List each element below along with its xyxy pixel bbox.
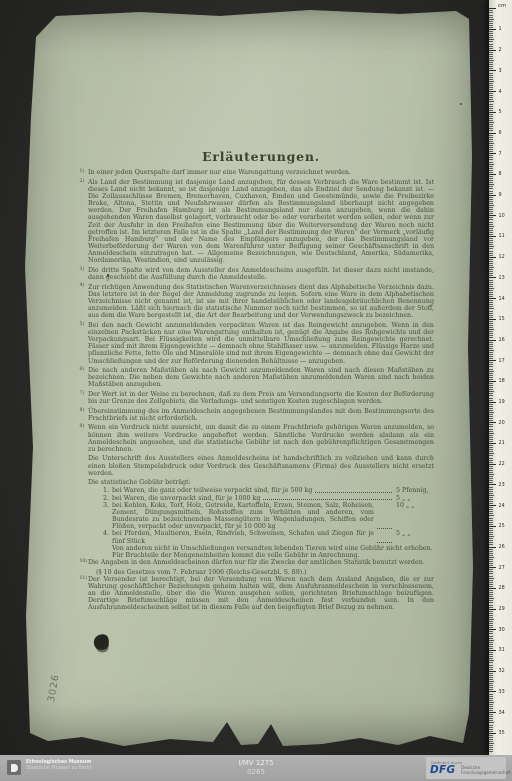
ruler-tick [489, 665, 493, 666]
ruler-number: 25 [499, 523, 505, 529]
ruler-tick [489, 458, 493, 459]
footnote-marker: 2) [80, 178, 85, 185]
ruler-tick [489, 652, 493, 653]
ruler-tick [489, 650, 496, 651]
footnote-marker: 1) [80, 168, 85, 175]
ruler-tick [489, 493, 493, 494]
ruler-number: 31 [499, 647, 505, 653]
ruler-tick [489, 29, 496, 30]
ruler-tick [489, 590, 493, 591]
ruler-tick [489, 580, 493, 581]
ruler-tick [489, 153, 496, 154]
ruler-tick [489, 340, 496, 341]
ruler-tick [489, 292, 493, 293]
footnote-marker: 11) [80, 575, 88, 582]
ruler-tick [489, 549, 493, 550]
ruler-tick [489, 532, 493, 533]
ruler-tick [489, 75, 493, 76]
ruler-tick [489, 101, 494, 102]
ruler-tick [489, 147, 493, 148]
ruler-tick [489, 424, 493, 425]
ruler-tick [489, 520, 493, 521]
ruler-number: 35 [499, 730, 505, 736]
ruler-tick [489, 222, 493, 223]
fee-item: 3.bei Kohlen, Koks, Torf, Holz, Getreide… [98, 502, 434, 531]
paragraph-text: Die Angaben in den Anmeldescheinen dürfe… [88, 559, 425, 566]
ruler-tick [489, 271, 493, 272]
ruler-tick [489, 213, 493, 214]
ruler-tick [489, 54, 493, 55]
ruler-tick [489, 633, 493, 634]
ruler-tick [489, 602, 493, 603]
ruler-tick [489, 286, 493, 287]
ruler-tick [489, 513, 493, 514]
fee-item-number: 3. [98, 502, 112, 531]
fee-item-label: bei Pferden, Maultieren, Eseln, Rindvieh… [112, 530, 374, 544]
ruler-tick [489, 644, 493, 645]
ruler-tick [489, 137, 493, 138]
ruler-tick [489, 722, 494, 723]
footnote-marker: 10) [80, 558, 88, 565]
ruler-tick [489, 203, 493, 204]
ruler-tick [489, 323, 493, 324]
ruler-tick [489, 623, 493, 624]
ruler-tick [489, 10, 493, 11]
ruler-tick [489, 73, 493, 74]
ruler-tick [489, 124, 493, 125]
ruler-tick [489, 383, 493, 384]
ruler-tick [489, 327, 493, 328]
ruler-tick [489, 44, 493, 45]
ruler-number: 8 [499, 171, 502, 177]
ruler-tick [489, 17, 493, 18]
ruler-tick [489, 747, 493, 748]
ruler-tick [489, 478, 493, 479]
ruler-tick [489, 582, 493, 583]
footnote-marker: 5) [80, 321, 85, 328]
ruler-tick [489, 135, 493, 136]
ruler-tick [489, 640, 494, 641]
ruler-tick [489, 215, 496, 216]
ruler-tick [489, 751, 493, 752]
ruler-tick [489, 48, 493, 49]
ruler-number: 16 [499, 337, 505, 343]
ruler-tick [489, 480, 493, 481]
paragraph: 8)Übereinstimmung des im Anmeldeschein a… [88, 408, 434, 422]
ruler-tick [489, 476, 493, 477]
ruler-number: 15 [499, 316, 505, 322]
ruler-tick [489, 21, 493, 22]
ruler: cm 1234567891011121314151617181920212223… [489, 0, 512, 755]
ruler-tick [489, 408, 493, 409]
ruler-tick [489, 360, 496, 361]
ruler-tick [489, 501, 493, 502]
ruler-tick [489, 37, 493, 38]
ruler-tick [489, 31, 493, 32]
ruler-tick [489, 426, 493, 427]
ruler-number: 23 [499, 482, 505, 488]
ruler-tick [489, 536, 494, 537]
ruler-tick [489, 230, 493, 231]
ruler-tick [489, 118, 493, 119]
ruler-tick [489, 157, 493, 158]
ruler-tick [489, 487, 493, 488]
ruler-tick [489, 455, 493, 456]
ruler-number: 18 [499, 378, 505, 384]
ruler-tick [489, 172, 493, 173]
ruler-tick [489, 389, 493, 390]
ruler-tick [489, 348, 493, 349]
ruler-tick [489, 85, 493, 86]
ruler-tick [489, 315, 493, 316]
ruler-tick [489, 489, 493, 490]
paragraph: 5)Bei den nach Gewicht anzumeldenden ver… [88, 322, 434, 365]
ruler-tick [489, 706, 493, 707]
ruler-tick [489, 625, 493, 626]
ruler-tick [489, 416, 493, 417]
ruler-tick [489, 443, 496, 444]
ruler-tick [489, 112, 496, 113]
paragraph-text: In einer jeden Querspalte darf immer nur… [88, 169, 351, 176]
ruler-tick [489, 91, 496, 92]
ruler-number: 10 [499, 213, 505, 219]
ruler-number: 28 [499, 585, 505, 591]
ruler-tick [489, 497, 493, 498]
paragraph-text: Zur richtigen Anwendung des Statistische… [88, 284, 434, 320]
ruler-tick [489, 358, 493, 359]
ruler-tick [489, 733, 496, 734]
ruler-tick [489, 495, 494, 496]
ruler-tick [489, 671, 496, 672]
ruler-tick [489, 104, 493, 105]
ruler-tick [489, 60, 494, 61]
ruler-tick [489, 275, 493, 276]
ruler-tick [489, 727, 493, 728]
paper-speck [107, 274, 109, 277]
ruler-tick [489, 56, 493, 57]
ruler-tick [489, 106, 493, 107]
fee-item-label: bei Waren, die ganz oder teilweise verpa… [112, 487, 312, 494]
dfg-logo: DFG [430, 764, 455, 776]
ruler-tick [489, 739, 493, 740]
ruler-tick [489, 201, 493, 202]
footnote-marker: 9) [80, 423, 85, 430]
ruler-tick [489, 325, 493, 326]
ruler-number: 26 [499, 544, 505, 550]
ruler-tick [489, 474, 494, 475]
ruler-tick [489, 122, 494, 123]
ruler-tick [489, 170, 493, 171]
ruler-tick [489, 197, 493, 198]
ruler-tick [489, 515, 494, 516]
ruler-tick [489, 484, 496, 485]
ruler-tick [489, 569, 493, 570]
ruler-number: 5 [499, 109, 502, 115]
ruler-tick [489, 565, 493, 566]
ruler-tick [489, 64, 493, 65]
ruler-tick [489, 410, 493, 411]
ruler-tick [489, 145, 493, 146]
ruler-tick [489, 186, 493, 187]
ruler-tick [489, 464, 496, 465]
fee-item: 4.bei Pferden, Maultieren, Eseln, Rindvi… [98, 530, 434, 544]
ruler-tick [489, 329, 494, 330]
ruler-tick [489, 600, 493, 601]
ruler-tick [489, 52, 493, 53]
ruler-tick [489, 335, 493, 336]
fee-item-amount: 10 „ „ [395, 502, 434, 531]
ruler-tick [489, 526, 496, 527]
ruler-number: 27 [499, 565, 505, 571]
paragraph: 7)Der Wert ist in der Weise zu berechnen… [88, 391, 434, 405]
ruler-tick [489, 576, 493, 577]
ruler-tick [489, 126, 493, 127]
ruler-tick [489, 669, 493, 670]
ruler-number: 3 [499, 68, 502, 74]
ruler-tick [489, 191, 493, 192]
paragraph: 11)Der Versender ist berechtigt, bei der… [88, 576, 434, 612]
ruler-tick [489, 631, 493, 632]
ruler-tick [489, 188, 493, 189]
ruler-tick [489, 712, 496, 713]
ruler-tick [489, 209, 493, 210]
ruler-tick [489, 694, 493, 695]
ruler-tick [489, 19, 494, 20]
ruler-tick [489, 352, 493, 353]
ruler-tick [489, 422, 496, 423]
ruler-tick [489, 482, 493, 483]
ruler-tick [489, 615, 493, 616]
ruler-tick [489, 466, 493, 467]
dotted-leader [263, 499, 392, 500]
ruler-number: 34 [499, 710, 505, 716]
ruler-tick [489, 472, 493, 473]
ruler-tick [489, 219, 493, 220]
ruler-tick [489, 83, 493, 84]
ruler-tick [489, 503, 493, 504]
ruler-tick [489, 139, 493, 140]
ruler-tick [489, 609, 496, 610]
ruler-tick [489, 108, 493, 109]
ruler-tick [489, 261, 493, 262]
ruler-tick [489, 211, 493, 212]
ruler-tick [489, 168, 493, 169]
ruler-tick [489, 251, 493, 252]
dfg-name-line2: Forschungsgemeinschaft [461, 771, 511, 776]
ruler-tick [489, 714, 493, 715]
ruler-tick [489, 437, 493, 438]
ruler-number: 11 [499, 233, 505, 239]
ruler-tick [489, 598, 494, 599]
ruler-tick [489, 451, 493, 452]
ruler-tick [489, 149, 493, 150]
ruler-tick [489, 629, 496, 630]
ruler-tick [489, 248, 493, 249]
ruler-tick [489, 70, 496, 71]
ruler-tick [489, 164, 494, 165]
ruler-tick [489, 561, 493, 562]
ruler-tick [489, 350, 494, 351]
ruler-tick [489, 700, 493, 701]
ruler-tick [489, 646, 493, 647]
ruler-number: 7 [499, 151, 502, 157]
ruler-tick [489, 449, 493, 450]
ruler-tick [489, 731, 493, 732]
ruler-tick [489, 95, 493, 96]
ruler-tick [489, 441, 493, 442]
ruler-tick [489, 509, 493, 510]
ruler-tick [489, 716, 493, 717]
ruler-tick [489, 120, 493, 121]
ruler-tick [489, 302, 493, 303]
ruler-tick [489, 677, 493, 678]
paragraph: 4)Zur richtigen Anwendung des Statistisc… [88, 284, 434, 320]
ruler-tick [489, 77, 493, 78]
ruler-number: 32 [499, 668, 505, 674]
ruler-number: 13 [499, 275, 505, 281]
ruler-tick [489, 246, 494, 247]
dfg-name: Deutsche Forschungsgemeinschaft [461, 766, 511, 776]
ruler-tick [489, 89, 493, 90]
ruler-tick [489, 656, 493, 657]
ruler-tick [489, 68, 493, 69]
ruler-tick [489, 662, 493, 663]
ruler-tick [489, 584, 493, 585]
ruler-tick [489, 33, 493, 34]
ruler-number: 20 [499, 420, 505, 426]
ruler-number: 29 [499, 606, 505, 612]
ruler-tick [489, 344, 493, 345]
ruler-tick [489, 15, 493, 16]
ruler-tick [489, 226, 494, 227]
ruler-number: 17 [499, 358, 505, 364]
ruler-tick [489, 12, 493, 13]
paragraph: 10)Die Angaben in den Anmeldescheinen dü… [88, 559, 434, 566]
ruler-tick [489, 691, 496, 692]
ruler-tick [489, 259, 493, 260]
ruler-tick [489, 362, 493, 363]
ruler-tick [489, 162, 493, 163]
paper-speck [460, 103, 462, 105]
footnote-marker: 3) [80, 266, 85, 273]
ruler-tick [489, 232, 493, 233]
ruler-tick [489, 379, 493, 380]
paragraph: 1)In einer jeden Querspalte darf immer n… [88, 169, 434, 176]
ruler-tick [489, 491, 493, 492]
ruler-tick [489, 505, 496, 506]
ruler-tick [489, 528, 493, 529]
law-reference: (§ 10 des Gesetzes vom 7. Februar 1906 (… [96, 569, 434, 576]
ruler-tick [489, 182, 493, 183]
ruler-tick [489, 342, 493, 343]
paragraph-text: Der Versender ist berechtigt, bei der Ve… [88, 576, 434, 612]
ruler-tick [489, 311, 493, 312]
dotted-leader [315, 492, 392, 493]
ruler-tick [489, 621, 493, 622]
ruler-tick [489, 255, 493, 256]
ruler-tick [489, 331, 493, 332]
ruler-tick [489, 23, 493, 24]
ruler-tick [489, 689, 493, 690]
ruler-tick [489, 321, 493, 322]
ruler-tick [489, 176, 493, 177]
ruler-tick [489, 217, 493, 218]
ruler-tick [489, 400, 493, 401]
ruler-tick [489, 735, 493, 736]
ruler-tick [489, 257, 496, 258]
ruler-number: 14 [499, 296, 505, 302]
ruler-tick [489, 429, 493, 430]
ruler-tick [489, 462, 493, 463]
ruler-tick [489, 317, 493, 318]
ruler-tick [489, 578, 494, 579]
ruler-number: 9 [499, 192, 502, 198]
paragraph-text: Die dritte Spalte wird von dem Ausstelle… [88, 267, 434, 281]
ruler-tick [489, 737, 493, 738]
ruler-tick [489, 207, 493, 208]
ruler-tick [489, 619, 494, 620]
ruler-tick [489, 79, 493, 80]
ruler-tick [489, 638, 493, 639]
paragraph: 9)Wenn ein Vordruck nicht ausreicht, um … [88, 424, 434, 453]
ruler-tick [489, 41, 493, 42]
ruler-tick [489, 551, 493, 552]
ruler-number: 33 [499, 689, 505, 695]
ruler-tick [489, 696, 493, 697]
ruler-tick [489, 681, 494, 682]
ink-blot [92, 632, 111, 652]
ruler-tick [489, 184, 494, 185]
ruler-tick [489, 159, 493, 160]
ruler-tick [489, 571, 493, 572]
ruler-tick [489, 445, 493, 446]
fee-item-label: bei Waren, die unverpackt sind, für je 1… [112, 495, 260, 502]
ruler-tick [489, 319, 496, 320]
ruler-tick [489, 607, 493, 608]
ruler-tick [489, 130, 493, 131]
ruler-tick [489, 420, 493, 421]
ruler-number: 2 [499, 47, 502, 53]
ruler-tick [489, 50, 496, 51]
ruler-tick [489, 282, 493, 283]
ruler-tick [489, 114, 493, 115]
ruler-number: 19 [499, 399, 505, 405]
paragraph-text: Bei den nach Gewicht anzumeldenden verpa… [88, 322, 434, 365]
ruler-tick [489, 594, 493, 595]
ruler-tick [489, 306, 493, 307]
ruler-tick [489, 371, 494, 372]
ruler-tick [489, 224, 493, 225]
scanned-document-page: Erläuterungen. 1)In einer jeden Querspal… [20, 7, 477, 748]
ruler-tick [489, 381, 496, 382]
ruler-tick [489, 240, 493, 241]
ruler-tick [489, 555, 493, 556]
ruler-tick [489, 110, 493, 111]
ruler-tick [489, 636, 493, 637]
ruler-tick [489, 675, 493, 676]
ruler-tick [489, 567, 496, 568]
ruler-number: 6 [499, 130, 502, 136]
page-title: Erläuterungen. [88, 153, 434, 160]
ruler-number: 24 [499, 503, 505, 509]
ruler-tick [489, 573, 493, 574]
ruler-tick [489, 627, 493, 628]
ruler-tick [489, 391, 494, 392]
ruler-tick [489, 683, 493, 684]
ruler-tick [489, 242, 493, 243]
ruler-tick [489, 236, 496, 237]
paragraph-text: Übereinstimmung des im Anmeldeschein ang… [88, 408, 434, 422]
